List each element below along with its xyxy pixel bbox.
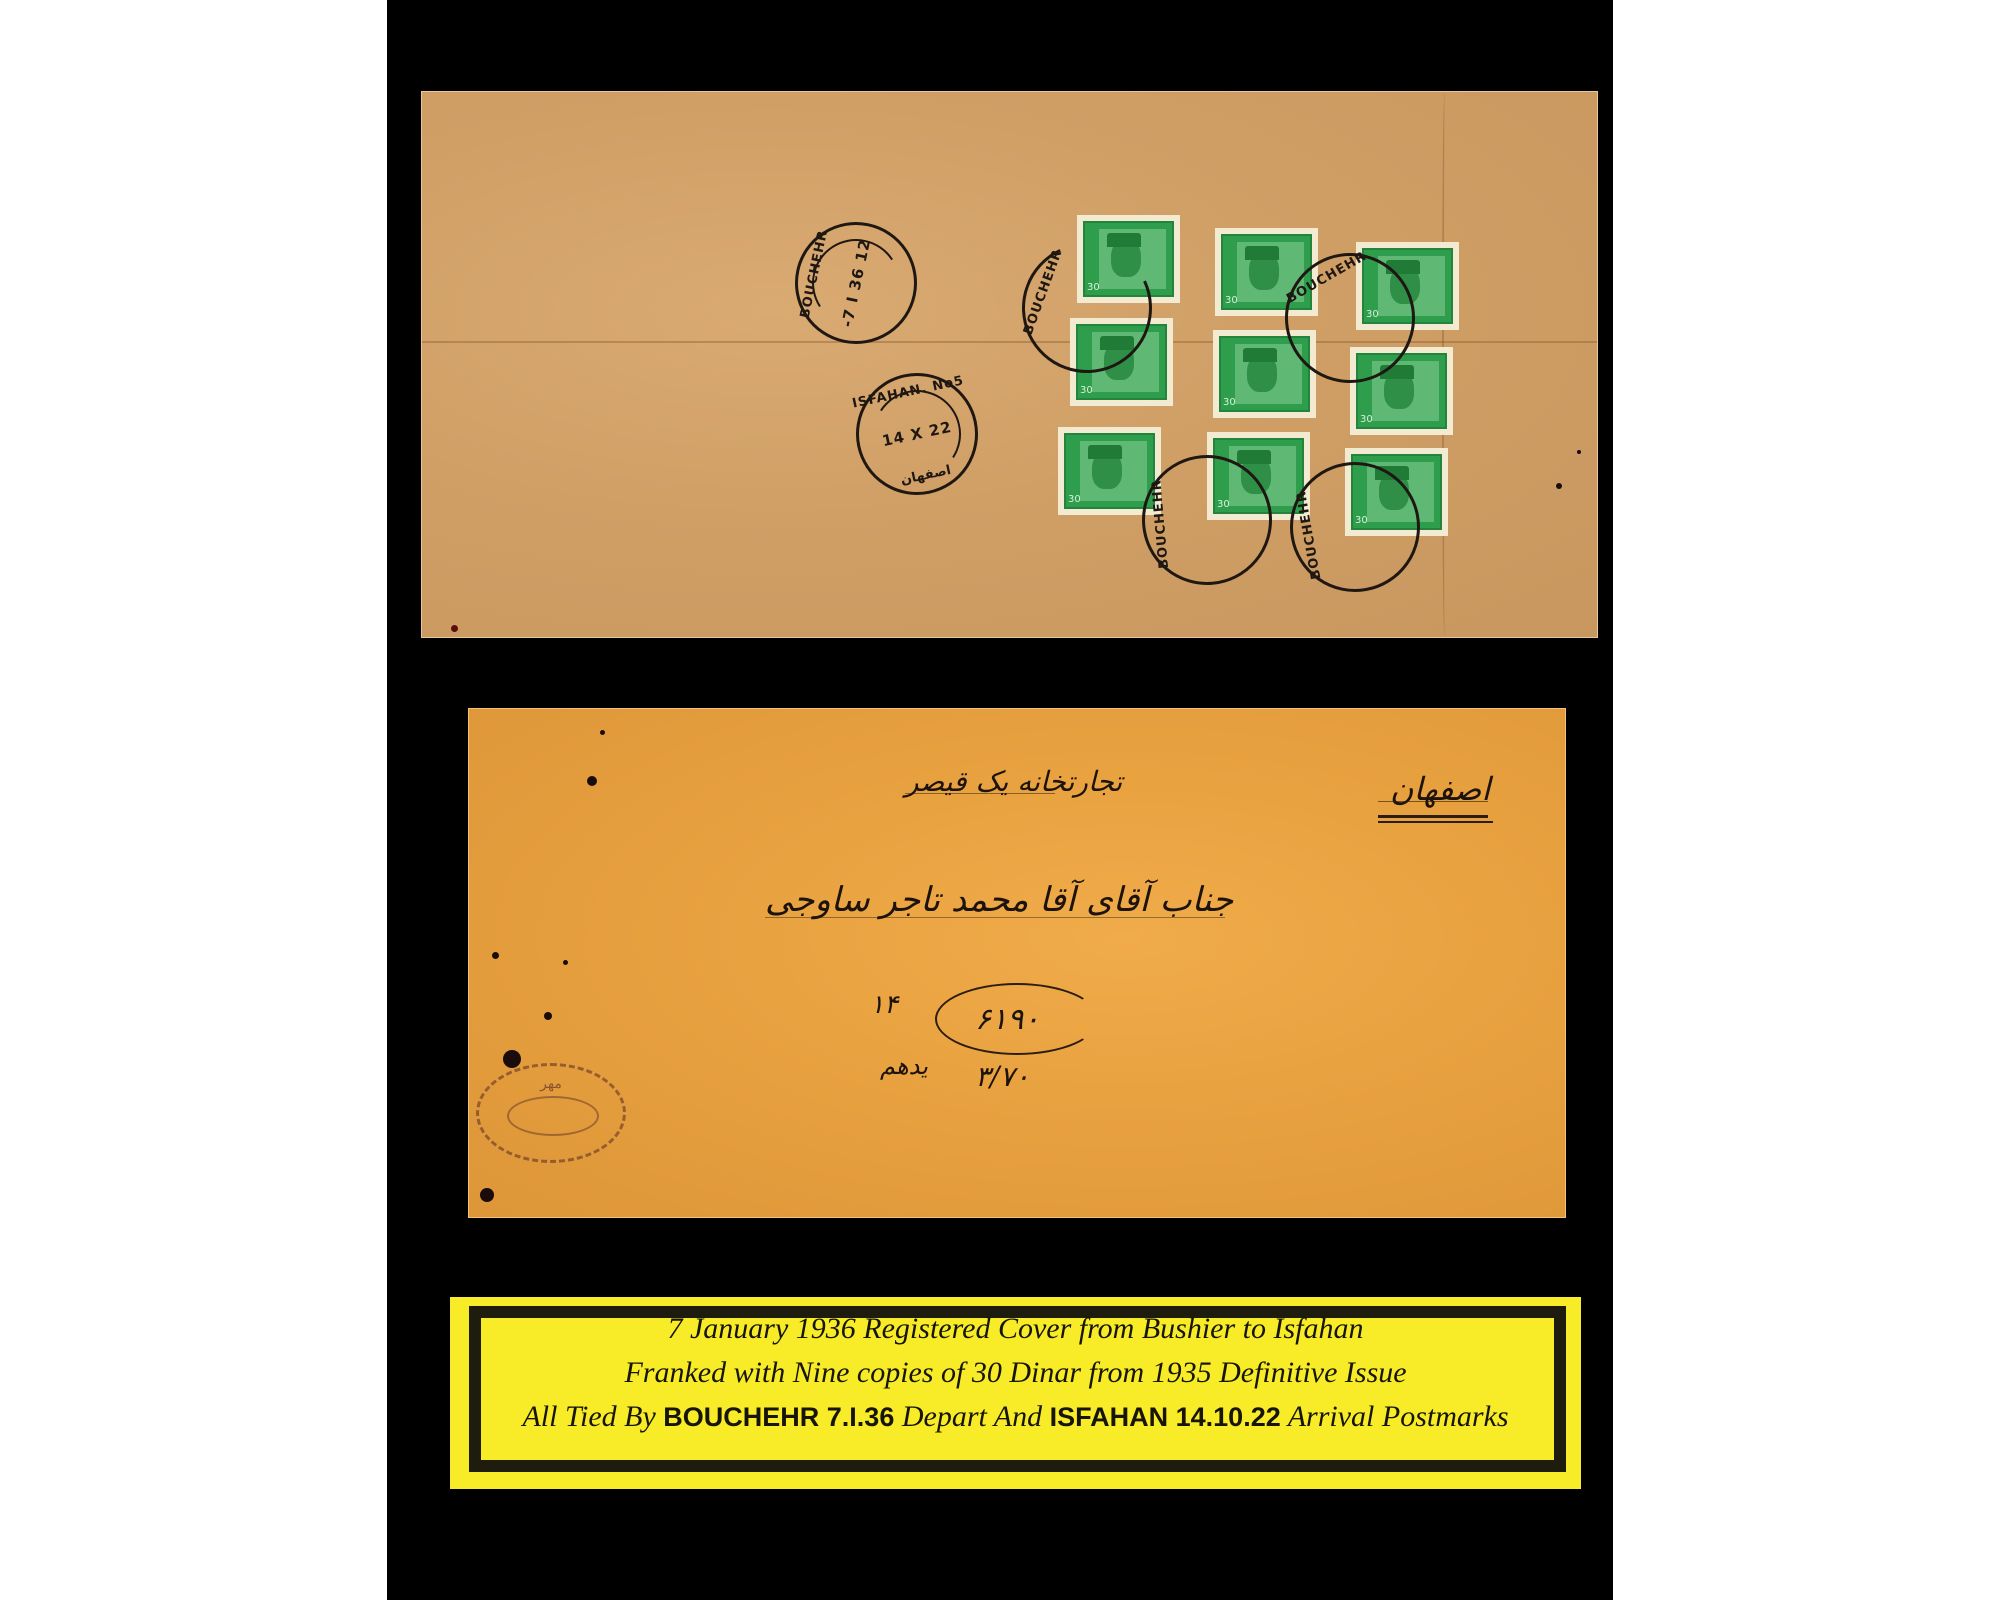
addressee-handwriting: جناب آقای آقا محمد تاجر ساوجی bbox=[765, 880, 1233, 920]
caption-line-1: 7 January 1936 Registered Cover from Bus… bbox=[450, 1307, 1581, 1351]
stamp-value: 30 bbox=[1360, 414, 1373, 425]
caption-line-3: All Tied By BOUCHEHR 7.I.36 Depart And I… bbox=[450, 1395, 1581, 1439]
envelope-flap-fold bbox=[422, 341, 1597, 343]
seal-text: مهر bbox=[479, 1076, 623, 1093]
ink-spot bbox=[563, 960, 568, 965]
seal-inner-oval bbox=[507, 1096, 599, 1136]
cap-icon bbox=[1088, 445, 1122, 459]
ink-spot bbox=[503, 1050, 521, 1068]
caption-label: 7 January 1936 Registered Cover from Bus… bbox=[450, 1297, 1581, 1489]
side-note: یدهم bbox=[880, 1052, 928, 1080]
stamp-value: 30 bbox=[1068, 494, 1081, 505]
cap-icon bbox=[1107, 233, 1141, 247]
stamp-value: 30 bbox=[1080, 385, 1093, 396]
stamp-design: 30 bbox=[1064, 433, 1155, 509]
caption-line-3-part-2: Depart And bbox=[902, 1400, 1042, 1433]
destination-double-underline bbox=[1378, 821, 1493, 823]
addressee-underline bbox=[765, 917, 1225, 918]
stamp-value: 30 bbox=[1223, 397, 1236, 408]
sender-underline bbox=[905, 793, 1055, 794]
ink-spot bbox=[1556, 483, 1562, 489]
sender-oval-seal: مهر bbox=[476, 1063, 626, 1163]
caption-line-3-part-1: All Tied By bbox=[522, 1400, 655, 1433]
ink-spot bbox=[544, 1012, 552, 1020]
ink-spot bbox=[587, 776, 597, 786]
cap-icon bbox=[1243, 348, 1277, 362]
cap-icon bbox=[1237, 450, 1271, 464]
destination-handwriting: اصفهان bbox=[1390, 770, 1490, 808]
cap-icon bbox=[1245, 246, 1279, 260]
ink-spot bbox=[480, 1188, 494, 1202]
caption-text: 7 January 1936 Registered Cover from Bus… bbox=[450, 1307, 1581, 1439]
ink-spot bbox=[1577, 450, 1581, 454]
ink-spot bbox=[492, 952, 499, 959]
stamp-value: 30 bbox=[1225, 295, 1238, 306]
destination-double-underline bbox=[1378, 815, 1488, 818]
ink-spot bbox=[600, 730, 605, 735]
postage-fee: ۳/۷۰ bbox=[975, 1060, 1030, 1093]
destination-underline bbox=[1378, 801, 1488, 802]
caption-line-3-part-3: Arrival Postmarks bbox=[1288, 1400, 1509, 1433]
caption-departure-postmark: BOUCHEHR 7.I.36 bbox=[663, 1402, 894, 1432]
ink-spot bbox=[451, 625, 458, 632]
caption-line-2: Franked with Nine copies of 30 Dinar fro… bbox=[450, 1351, 1581, 1395]
registration-number: ۶۱۹۰ bbox=[975, 1002, 1039, 1037]
caption-arrival-postmark: ISFAHAN 14.10.22 bbox=[1050, 1402, 1281, 1432]
side-number: ۱۴ bbox=[870, 990, 898, 1020]
